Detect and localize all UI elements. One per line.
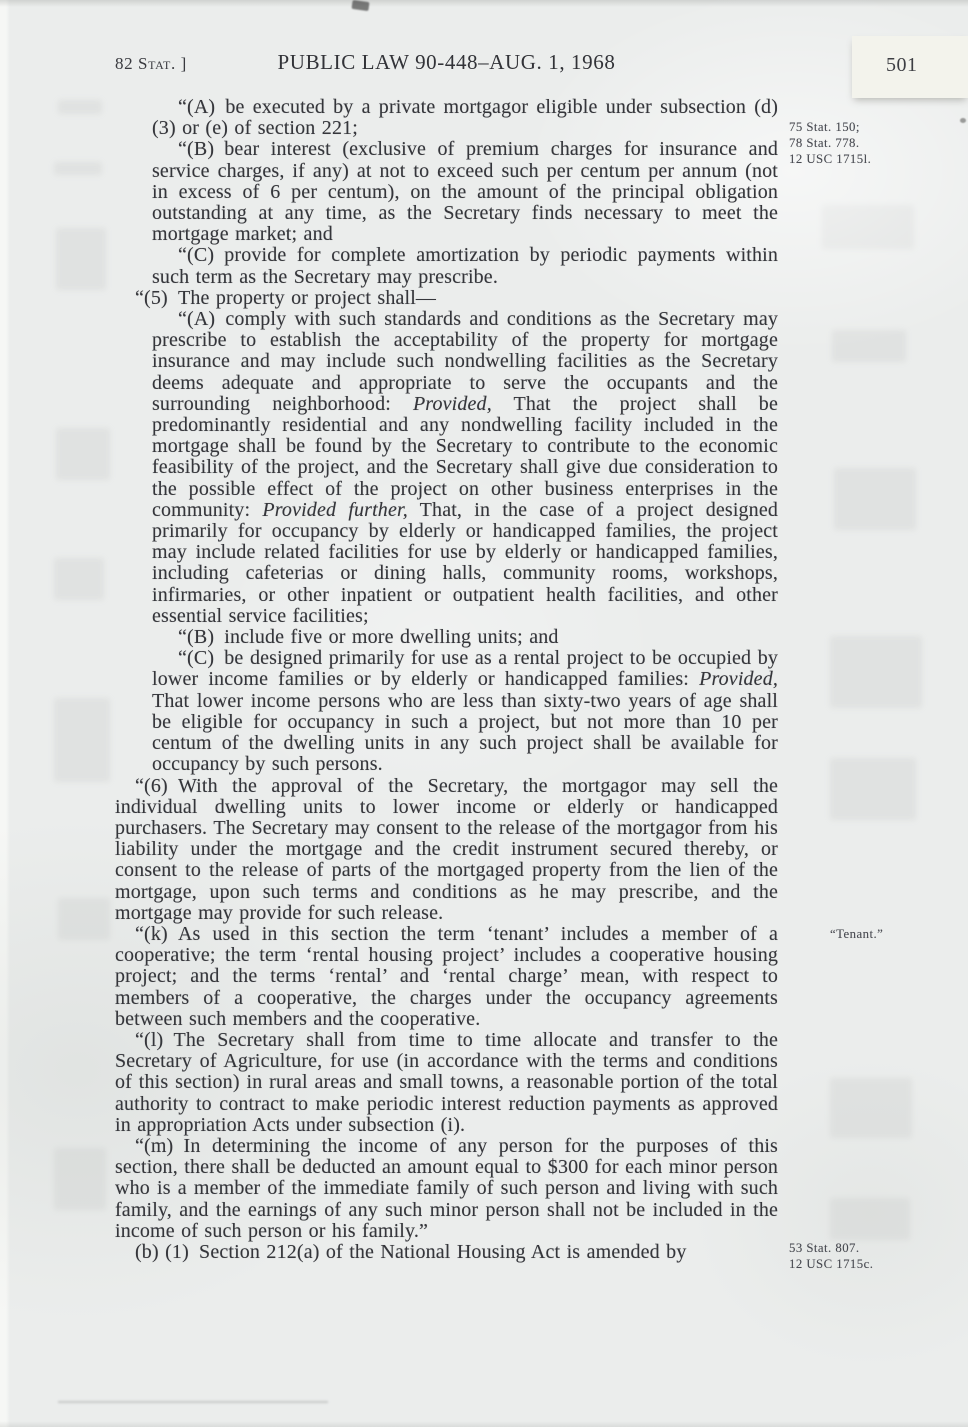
margin-note: 53 Stat. 807.12 USC 1715c. — [789, 1240, 965, 1272]
margin-note-line: 12 USC 1715l. — [789, 151, 965, 167]
margin-note-line: 53 Stat. 807. — [789, 1240, 965, 1256]
margin-note: “Tenant.” — [789, 926, 968, 942]
statute-page-scan: 82 Stat. ] PUBLIC LAW 90-448–AUG. 1, 196… — [0, 0, 968, 1427]
margin-note-line: 75 Stat. 150; — [789, 119, 965, 135]
margin-notes: 75 Stat. 150;78 Stat. 778.12 USC 1715l.“… — [0, 0, 968, 1427]
margin-note: 75 Stat. 150;78 Stat. 778.12 USC 1715l. — [789, 119, 965, 168]
margin-note-line: 12 USC 1715c. — [789, 1256, 965, 1272]
margin-note-line: “Tenant.” — [830, 926, 968, 942]
margin-note-line: 78 Stat. 778. — [789, 135, 965, 151]
